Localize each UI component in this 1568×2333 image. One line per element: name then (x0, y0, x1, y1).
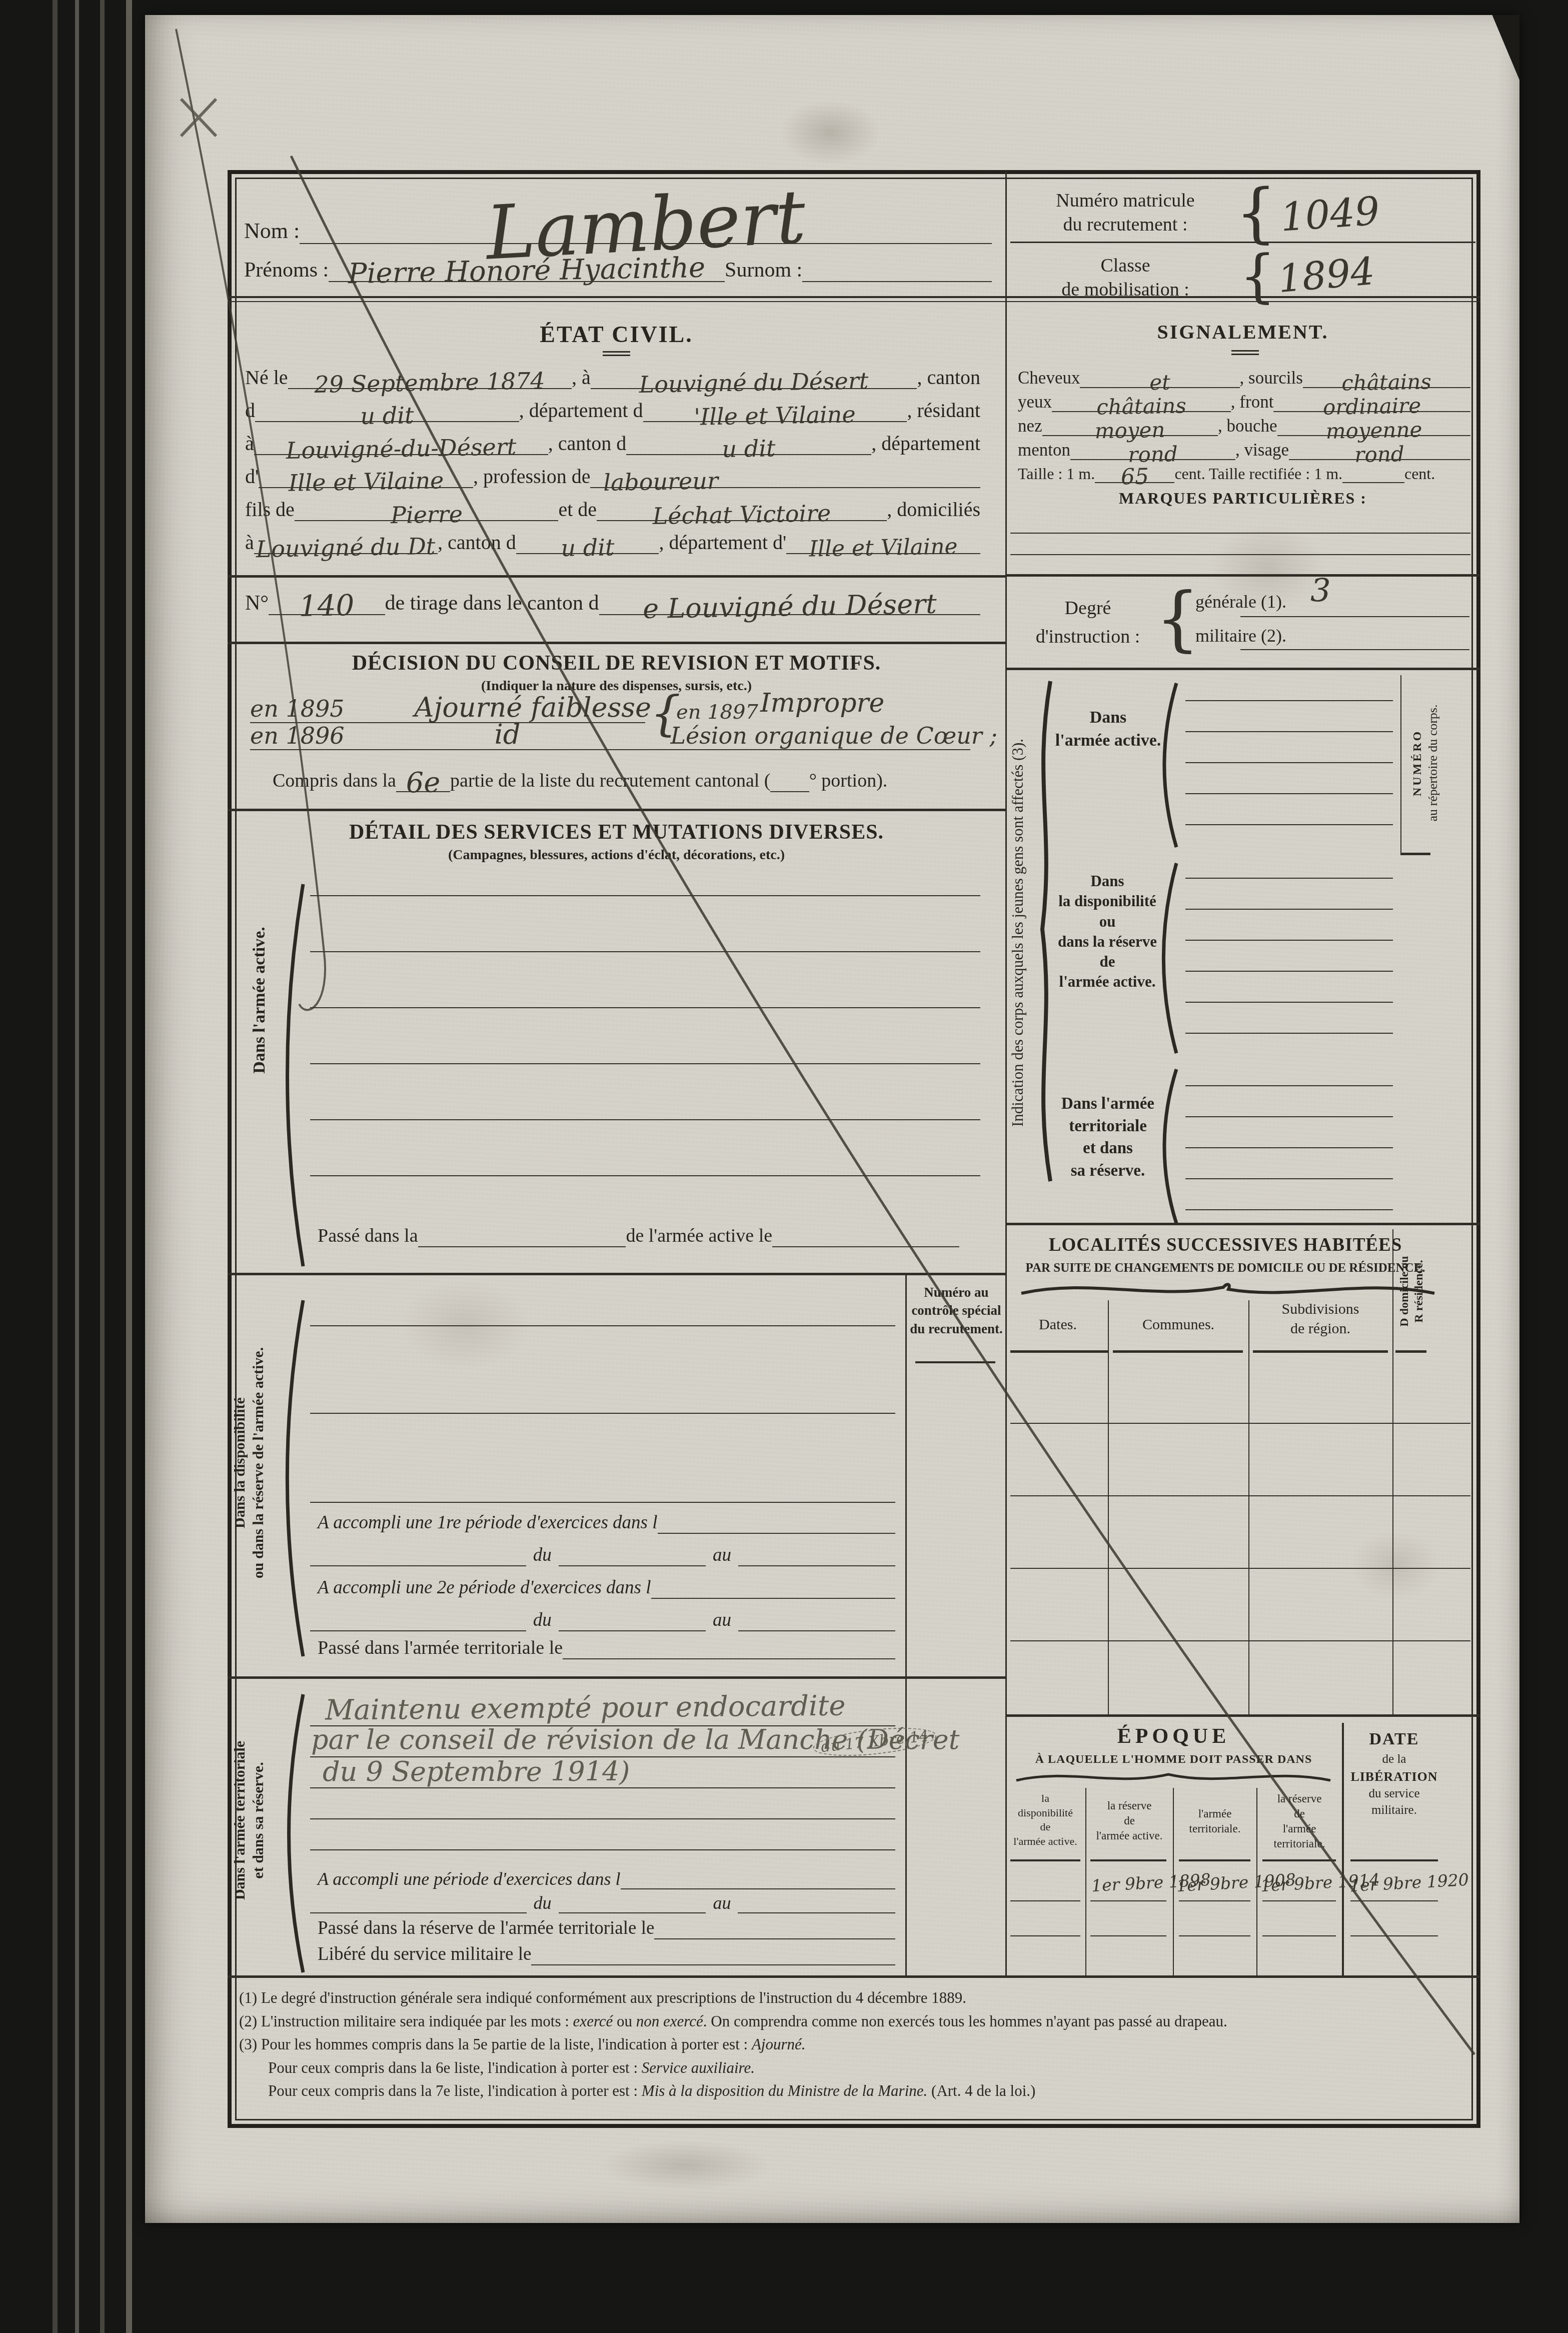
ruled-line (310, 1007, 980, 1008)
handwriting: Ille et Vilaine (809, 536, 958, 560)
field (738, 1604, 895, 1631)
label: , canton d (438, 531, 516, 554)
label: partie de la liste du recrutement canton… (450, 770, 770, 792)
ruled-line (1005, 668, 1480, 670)
field: Louvigné du Dt (254, 521, 438, 554)
field (559, 1604, 706, 1631)
ruled-line (1262, 1935, 1336, 1936)
ruled-line (1240, 649, 1469, 650)
matricule-label: Numéro matriculedu recrutement : (1015, 189, 1235, 237)
handwriting: 140 (299, 591, 355, 621)
firstnames-field: Pierre Honoré Hyacinthe (329, 249, 725, 282)
signalement-title: SIGNALEMENT. (1005, 320, 1480, 344)
ruled-line (1113, 1350, 1243, 1353)
tirage-number-field: 140 (269, 580, 385, 615)
ruled-line (1090, 1859, 1166, 1861)
field: Léchat Victoire (597, 488, 887, 521)
field (658, 1507, 895, 1534)
instruction-brace-icon: { (1155, 584, 1200, 654)
field: laboureur (590, 455, 980, 488)
label: Passé dans l'armée territoriale le (318, 1637, 563, 1659)
marques-label: MARQUES PARTICULIÈRES : (1005, 489, 1480, 508)
field: Louvigné-du-Désert (254, 422, 548, 455)
ruled-line (1010, 1935, 1080, 1936)
ruled-line (1185, 700, 1393, 701)
firstnames-label: Prénoms : (244, 258, 329, 282)
ruled-line (1185, 1209, 1393, 1210)
ruled-line (310, 951, 980, 952)
localites-subtitle: PAR SUITE DE CHANGEMENTS DE DOMICILE OU … (1005, 1261, 1445, 1275)
signalement-row: yeux châtains , front ordinaire (1018, 388, 1470, 412)
field: Ille et Vilaine (259, 455, 473, 488)
handwriting: Louvigné du Dt (256, 535, 436, 561)
label: , résidant (907, 399, 980, 422)
localites-title: LOCALITÉS SUCCESSIVES HABITÉES (1005, 1234, 1445, 1256)
tirage-number-label: N° (245, 591, 269, 615)
label: d (245, 399, 255, 422)
ruled-line (1185, 1002, 1393, 1003)
ruled-line (228, 1676, 1005, 1679)
tirage-label: de tirage dans le canton d (385, 591, 599, 615)
ruled-line (1400, 675, 1401, 854)
corps-group2-label: Dansla disponibilitéou dans la réservede… (1047, 871, 1167, 992)
passe-active-row: Passé dans la de l'armée active le (318, 1216, 980, 1247)
periode1-row: A accompli une 1re période d'exercices d… (318, 1508, 895, 1534)
ruled-line (310, 1325, 895, 1326)
field: 65 (1095, 458, 1174, 483)
ruled-line (1005, 1223, 1480, 1225)
instruction-generale-value: 3 (1310, 575, 1331, 607)
label: au (706, 1893, 738, 1913)
ruled-line (1010, 554, 1470, 555)
corps-side-label: Indication des corps auxquels les jeunes… (1008, 680, 1030, 1185)
ruled-line (228, 301, 1480, 302)
passe-reserve-territoriale-row: Passé dans la réserve de l'armée territo… (318, 1916, 895, 1939)
periode3-row: A accompli une période d'exercices dans … (318, 1863, 895, 1889)
ruled-line (1185, 731, 1393, 732)
field (559, 1539, 706, 1566)
label: Passé dans la (318, 1225, 418, 1247)
field: Ille et Vilaine (786, 521, 980, 554)
corps-numero-label: NUMÉRO au répertoire du corps. (1410, 677, 1450, 849)
label: au (706, 1545, 738, 1566)
label: , sourcils (1240, 368, 1303, 388)
label: à (245, 531, 254, 554)
ruled-line (1262, 1859, 1336, 1861)
classe-brace-icon: { (1239, 248, 1276, 305)
classe-handwriting: 1894 (1276, 252, 1376, 299)
surname-label: Surnom : (725, 258, 802, 282)
field: u dit (516, 521, 659, 554)
field (772, 1215, 959, 1247)
epoque-title: ÉPOQUE (1005, 1724, 1342, 1748)
footnote-3: (3) Pour les hommes compris dans la 5e p… (239, 2033, 1472, 2056)
du-au-row: du au (310, 1891, 895, 1913)
field: moyenne (1277, 411, 1470, 436)
label: , visage (1235, 440, 1289, 460)
tirage-row: N° 140 de tirage dans le canton d e Louv… (245, 581, 980, 615)
ruled-line (1185, 793, 1393, 794)
taille-row: Taille : 1 m. 65 cent. Taille rectifiée … (1018, 459, 1470, 483)
ruled-line (1262, 1900, 1336, 1901)
epoque-date-header: DATE de la LIBÉRATION du service militai… (1345, 1728, 1443, 1819)
ruled-line (1185, 824, 1393, 825)
ruled-line (1253, 1350, 1388, 1353)
decision-right-text: Lésion organique de Cœur ; (670, 724, 997, 749)
passe-territoriale-row: Passé dans l'armée territoriale le (318, 1634, 895, 1659)
ruled-line (915, 1361, 995, 1363)
section1-side-label: Dans l'armée active. (249, 825, 271, 1175)
instruction-label: Degréd'instruction : (1023, 594, 1153, 651)
localites-dr-label: D domicile ouR résidence. (1397, 1231, 1429, 1351)
ruled-line (1005, 574, 1480, 577)
epoque-col1-header: ladisponibilitédel'armée active. (1007, 1791, 1083, 1848)
matricule-handwriting: 1049 (1279, 192, 1381, 238)
field (418, 1215, 626, 1247)
field (621, 1862, 895, 1889)
ruled-line (310, 1063, 980, 1064)
label: A accompli une 2e période d'exercices da… (318, 1577, 651, 1599)
field: Pierre (295, 488, 559, 521)
ruled-line (603, 351, 630, 353)
ruled-line (1350, 1935, 1438, 1936)
label: nez (1018, 416, 1042, 436)
field: u dit (626, 422, 871, 455)
liste-partie-field: 6e (396, 759, 450, 792)
firstnames-row: Prénoms : Pierre Honoré Hyacinthe Surnom… (244, 250, 992, 282)
ruled-line (1179, 1900, 1250, 1901)
epoque-col2-header: la réservedel'armée active. (1087, 1798, 1171, 1843)
footnote-2: (2) L'instruction militaire sera indiqué… (239, 2010, 1472, 2033)
book-edge (100, 0, 105, 2333)
book-edge (75, 0, 79, 2333)
tirage-canton-field: e Louvigné du Désert (599, 580, 980, 615)
instruction-militaire-label: militaire (2). (1195, 625, 1286, 646)
ruled-line (310, 1175, 980, 1176)
ruled-line (1400, 853, 1430, 855)
ruled-line (905, 1274, 907, 1975)
ruled-line (1185, 1033, 1393, 1034)
ruled-line (1010, 1640, 1470, 1641)
ruled-line (1010, 1859, 1080, 1861)
ruled-line (1185, 940, 1393, 941)
name-field: Lambert (300, 198, 992, 244)
localites-col-communes: Communes. (1113, 1316, 1244, 1333)
field (310, 1604, 526, 1631)
ruled-line (1231, 350, 1259, 352)
label: Cheveux (1018, 368, 1080, 388)
label: Taille : 1 m. (1018, 465, 1095, 483)
services-subtitle: (Campagnes, blessures, actions d'éclat, … (228, 847, 1005, 863)
decision-year: en 1896 (250, 724, 345, 749)
book-edge (126, 0, 132, 2333)
ruled-line (1350, 1859, 1438, 1861)
field: Louvigné du Désert (591, 356, 917, 389)
ruled-line (1010, 1495, 1470, 1496)
footnote-5: Pour ceux compris dans la 7e liste, l'in… (239, 2079, 1472, 2103)
handwriting: 65 (1120, 466, 1149, 489)
ruled-line (1185, 1178, 1393, 1179)
epoque-col4-header: la réservedel'arméeterritoriale. (1258, 1791, 1340, 1851)
handwriting: e Louvigné du Désert (643, 591, 937, 623)
ruled-line (228, 1975, 1480, 1978)
corps-group1-label: Dansl'armée active. (1054, 706, 1162, 752)
localites-col-dates: Dates. (1010, 1316, 1105, 1333)
footnote-4: Pour ceux compris dans la 6e liste, l'in… (239, 2056, 1472, 2080)
label: Né le (245, 366, 288, 389)
field: et (1080, 363, 1239, 388)
field: châtains (1303, 363, 1470, 388)
ruled-line (1090, 1935, 1166, 1936)
etat-civil-line: d' Ille et Vilaine , profession de labou… (245, 456, 980, 488)
ruled-line (1350, 1900, 1438, 1901)
etat-civil-line: Né le 29 Septembre 1874 , à Louvigné du … (245, 357, 980, 389)
ruled-line (1179, 1859, 1250, 1861)
ruled-line (1108, 1300, 1109, 1714)
signalement-row: menton rond , visage rond (1018, 436, 1470, 460)
field: u dit (255, 389, 519, 422)
label: du (526, 1610, 559, 1631)
du-au-row: du au (310, 1605, 895, 1631)
label: du (526, 1545, 559, 1566)
label: , domiciliés (887, 498, 980, 521)
ruled-line (1185, 878, 1393, 879)
ruled-line (1185, 971, 1393, 972)
decision-year: en 1895 (250, 697, 345, 722)
field (738, 1539, 895, 1566)
ruled-line (228, 1273, 1005, 1275)
field: rond (1289, 435, 1470, 460)
epoque-subtitle: À LAQUELLE L'HOMME DOIT PASSER DANS (1005, 1753, 1342, 1766)
label: Passé dans la réserve de l'armée territo… (318, 1918, 654, 1939)
ruled-line (1248, 1300, 1249, 1714)
field (738, 1890, 895, 1913)
footnote-1: (1) Le degré d'instruction générale sera… (239, 1986, 1472, 2010)
ruled-line (1005, 171, 1007, 1975)
label: cent. (1404, 465, 1435, 483)
ruled-line (228, 642, 1005, 644)
ruled-line (1185, 909, 1393, 910)
signalement-row: nez moyen , bouche moyenne (1018, 412, 1470, 436)
decision-text: id (495, 721, 521, 749)
decision-bracket-year: en 1897 (676, 702, 758, 722)
ruled-line (1240, 616, 1469, 617)
ruled-line (310, 1502, 895, 1503)
ruled-line (228, 809, 1005, 811)
ruled-line (310, 1787, 895, 1788)
field (1342, 458, 1404, 483)
field: châtains (1052, 387, 1231, 412)
etat-civil-title: ÉTAT CIVIL. (228, 321, 1005, 348)
field (563, 1633, 895, 1659)
label: de l'armée active le (626, 1225, 772, 1247)
ruled-line (1179, 1935, 1250, 1936)
label: Libéré du service militaire le (318, 1944, 531, 1965)
label: A accompli une 1re période d'exercices d… (318, 1512, 658, 1534)
ruled-line (310, 1413, 895, 1414)
decision-title: DÉCISION DU CONSEIL DE REVISION ET MOTIF… (228, 651, 1005, 675)
label: cent. Taille rectifiée : 1 m. (1174, 465, 1342, 483)
controle-special-label: Numéro au contrôle spécial du recrutemen… (909, 1283, 1003, 1338)
label: à (245, 432, 254, 455)
etat-civil-line: fils de Pierre et de Léchat Victoire , d… (245, 489, 980, 521)
book-edge (53, 0, 58, 2333)
label: , profession de (473, 465, 590, 488)
label: , département d (519, 399, 643, 422)
decision-text: Ajourné faiblesse (415, 694, 651, 722)
etat-civil-line: à Louvigné du Dt , canton d u dit , dépa… (245, 522, 980, 554)
classe-label: Classede mobilisation : (1015, 254, 1235, 302)
ruled-line (1090, 1900, 1166, 1901)
label: d' (245, 465, 259, 488)
ruled-line (1185, 1085, 1393, 1086)
corps-group3-label: Dans l'arméeterritorialeet danssa réserv… (1050, 1093, 1165, 1182)
portion-field (770, 759, 809, 792)
footnotes: (1) Le degré d'instruction générale sera… (239, 1986, 1472, 2103)
handwriting: u dit (561, 536, 615, 560)
field: rond (1070, 435, 1235, 460)
signalement-row: Cheveux et , sourcils châtains (1018, 364, 1470, 388)
ruled-line (310, 1119, 980, 1120)
instruction-generale-label: générale (1). (1195, 591, 1286, 612)
ruled-line (1342, 1723, 1344, 1975)
label: Compris dans la (273, 770, 396, 792)
localites-col-subdivisions: Subdivisionsde région. (1253, 1299, 1388, 1338)
ruled-line (1231, 354, 1259, 355)
name-label: Nom : (244, 219, 300, 244)
label: , bouche (1218, 416, 1277, 436)
field (531, 1941, 895, 1965)
ruled-line (1010, 1900, 1080, 1901)
decision-bracket-text: Impropre (760, 690, 884, 716)
decision-row-2: en 1896 id Lésion organique de Cœur ; (250, 721, 970, 750)
label: menton (1018, 440, 1070, 460)
label: , front (1231, 392, 1274, 412)
ruled-line (1185, 1116, 1393, 1117)
libere-row: Libéré du service militaire le (318, 1942, 895, 1965)
field (310, 1539, 526, 1566)
field (651, 1572, 895, 1599)
etat-civil-line: à Louvigné-du-Désert , canton d u dit , … (245, 423, 980, 455)
exemption-note-line3: du 9 Septembre 1914) (323, 1758, 630, 1785)
label: A accompli une période d'exercices dans … (318, 1869, 621, 1889)
ruled-line (310, 1849, 895, 1850)
compris-row: Compris dans la 6e partie de la liste du… (273, 760, 988, 792)
label: , canton (917, 366, 980, 389)
ruled-line (1010, 533, 1470, 534)
field: moyen (1042, 411, 1218, 436)
etat-civil-line: d u dit , département d 'Ille et Vilaine… (245, 390, 980, 422)
exemption-note-line1: Maintenu exempté pour endocardite (325, 1692, 846, 1724)
ruled-line (310, 1818, 895, 1819)
services-title: DÉTAIL DES SERVICES ET MUTATIONS DIVERSE… (228, 820, 1005, 844)
field: ordinaire (1273, 387, 1470, 412)
label: du (527, 1893, 559, 1913)
ruled-line (1392, 1229, 1393, 1714)
label: , canton d (548, 432, 627, 455)
field (654, 1915, 895, 1939)
label: fils de (245, 498, 295, 521)
du-au-row: du au (310, 1540, 895, 1566)
matricule-brace-icon: { (1235, 180, 1277, 245)
section3-side-label: Dans l'armée territorialeet dans sa rése… (231, 1675, 276, 1965)
ruled-line (228, 575, 1005, 578)
label: , à (572, 366, 591, 389)
ruled-line (1085, 1788, 1086, 1975)
field (310, 1890, 527, 1913)
label: au (706, 1610, 738, 1631)
section2-side-label: Dans la disponibilitéou dans la réserve … (231, 1275, 276, 1650)
ruled-line (1010, 1568, 1470, 1569)
label: , département (871, 432, 980, 455)
label: , département d' (659, 531, 786, 554)
surname-field (802, 249, 992, 282)
name-row: Nom : Lambert (244, 199, 992, 244)
field (559, 1890, 706, 1913)
firstnames-handwriting: Pierre Honoré Hyacinthe (348, 254, 706, 288)
field: 29 Septembre 1874 (288, 356, 572, 389)
handwriting: 6e (406, 769, 441, 797)
ruled-line (1185, 1147, 1393, 1148)
ruled-line (1005, 1714, 1480, 1717)
ruled-line (310, 895, 980, 896)
ruled-line (1010, 1423, 1470, 1424)
epoque-col3-header: l'arméeterritoriale. (1175, 1806, 1255, 1836)
ruled-line (1010, 1350, 1108, 1353)
periode2-row: A accompli une 2e période d'exercices da… (318, 1573, 895, 1599)
label: yeux (1018, 392, 1052, 412)
decision-row-1: en 1895 Ajourné faiblesse (250, 693, 645, 723)
ruled-line (1185, 762, 1393, 763)
label: ° portion). (809, 770, 888, 792)
label: et de (558, 498, 597, 521)
scanned-register-page: Nom : Lambert Prénoms : Pierre Honoré Hy… (0, 0, 1568, 2333)
field: 'Ille et Vilaine (643, 389, 907, 422)
